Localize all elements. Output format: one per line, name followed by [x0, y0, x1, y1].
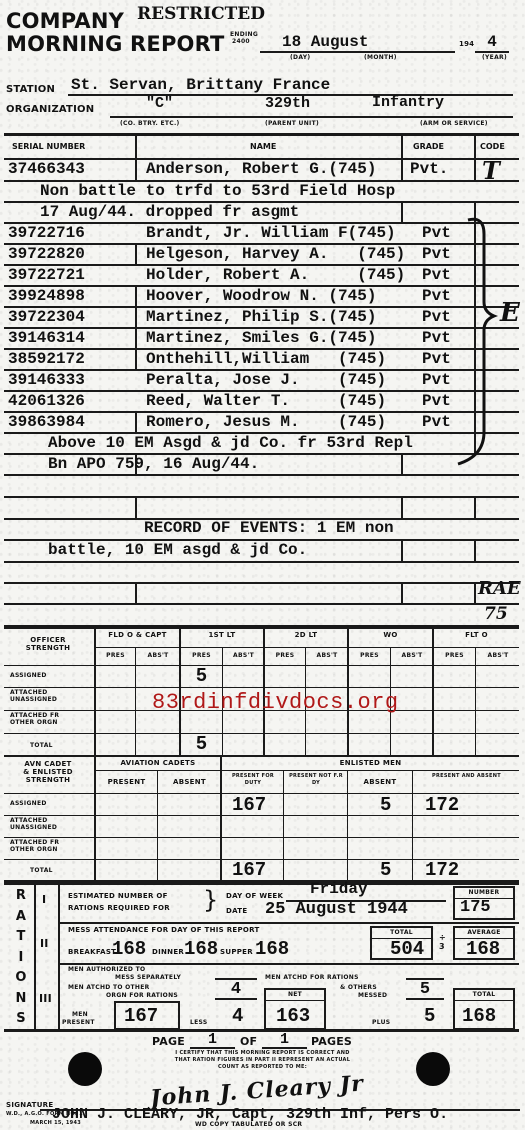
- morning-report-document: COMPANY MORNING REPORT RESTRICTED ENDING…: [0, 0, 525, 1130]
- total2-value: 168: [462, 1005, 496, 1027]
- row-label-attached-unassigned: ATTACHED UNASSIGNED: [10, 817, 80, 831]
- col-present-and-absent: PRESENT AND ABSENT: [414, 773, 519, 780]
- date-label: DATE: [226, 907, 247, 915]
- soldier-name: Peralta, Jose J. (745): [146, 371, 386, 389]
- atchd-rations-field: [406, 972, 444, 980]
- dinner-count: 168: [184, 938, 218, 960]
- enlisted-men-header: ENLISTED MEN: [222, 759, 519, 767]
- arm-caption: (ARM OR SERVICE): [420, 120, 488, 127]
- restricted-stamp: RESTRICTED: [137, 4, 265, 24]
- mess-total-label: TOTAL: [372, 929, 431, 936]
- handwritten-bracket-icon: [440, 212, 525, 472]
- atchd-other-value: 4: [215, 981, 257, 1000]
- parent-caption: (PARENT UNIT): [265, 120, 319, 127]
- roster-remark: Above 10 EM Asgd & jd Co. fr 53rd Repl: [48, 434, 413, 452]
- subcol-abst: ABS'T: [137, 652, 179, 659]
- net-value: 163: [276, 1005, 310, 1027]
- row-label-assigned: ASSIGNED: [10, 800, 47, 807]
- men-present-value: 167: [124, 1005, 158, 1027]
- brace: }: [203, 886, 218, 914]
- row-label-attached-other: ATTACHED FR OTHER ORGN: [10, 839, 80, 853]
- subcol-abst: ABS'T: [477, 652, 519, 659]
- officer-assigned-1st-lt-pres: 5: [181, 665, 222, 687]
- net-label: NET: [266, 991, 324, 998]
- average-count: 168: [466, 938, 500, 960]
- record-of-events-line1: RECORD OF EVENTS: 1 EM non: [144, 519, 394, 537]
- soldier-name: Helgeson, Harvey A. (745): [146, 245, 405, 263]
- col-code: CODE: [480, 142, 505, 151]
- officer-group: FLT O: [434, 631, 519, 639]
- atchd-rations-label: MEN ATCHD FOR RATIONS: [265, 974, 359, 981]
- others-messed-label: & OTHERS: [340, 984, 377, 991]
- mess-attendance-label: MESS ATTENDANCE FOR DAY OF THIS REPORT: [68, 926, 260, 934]
- soldier-name: Romero, Jesus M. (745): [146, 413, 386, 431]
- month-caption: (MONTH): [364, 54, 397, 61]
- signature-label: SIGNATURE: [6, 1101, 53, 1109]
- day-of-week-field: Friday: [286, 880, 446, 902]
- officer-group: FLD O & CAPT: [96, 631, 179, 639]
- others-messed-label-2: MESSED: [358, 992, 387, 999]
- men-present-label: MEN: [72, 1011, 88, 1018]
- serial-number: 39863984: [8, 413, 85, 431]
- serial-number: 39924898: [8, 287, 85, 305]
- subcol-pres: PRES: [96, 652, 135, 659]
- page-count: 1: [262, 1033, 307, 1049]
- col-present-for-duty: PRESENT FOR DUTY: [224, 773, 282, 787]
- roster-remark: Non battle to trfd to 53rd Field Hosp: [40, 182, 395, 200]
- officer-group: 2D LT: [265, 631, 347, 639]
- page-number: 1: [190, 1033, 235, 1049]
- soldier-name: Hoover, Woodrow N. (745): [146, 287, 376, 305]
- officer-strength-label: OFFICER STRENGTH: [4, 636, 92, 652]
- record-of-events-line2: battle, 10 EM asgd & jd Co.: [48, 541, 307, 559]
- serial-number: 37466343: [8, 160, 85, 178]
- serial-number: 38592172: [8, 350, 85, 368]
- website-watermark: 83rdinfdivdocs.org: [152, 690, 399, 715]
- total-present-for-duty: 167: [232, 859, 266, 881]
- initials-annotation-2: 75: [484, 604, 508, 624]
- less-label: LESS: [190, 1019, 208, 1026]
- subcol-abst: ABS'T: [392, 652, 432, 659]
- col-grade: GRADE: [413, 142, 444, 151]
- pages-label: PAGES: [311, 1035, 352, 1048]
- officer-total-1st-lt-pres: 5: [181, 733, 222, 755]
- ending-label: ENDING: [230, 31, 258, 38]
- assigned-present-and-absent: 172: [425, 794, 459, 816]
- total-present-and-absent: 172: [425, 859, 459, 881]
- subcol-abst: ABS'T: [224, 652, 263, 659]
- col-serial-number: SERIAL NUMBER: [12, 142, 85, 151]
- soldier-name: Anderson, Robert G.(745): [146, 160, 376, 178]
- day-of-week-label: DAY OF WEEK: [226, 892, 283, 900]
- soldier-grade: Pvt.: [410, 160, 448, 178]
- assigned-absent: 5: [380, 794, 391, 816]
- assigned-present-for-duty: 167: [232, 794, 266, 816]
- copy-note: WD COPY TABULATED OR SCR: [195, 1121, 302, 1128]
- subcol-pres: PRES: [434, 652, 475, 659]
- aviation-cadets-header: AVIATION CADETS: [96, 759, 220, 767]
- row-label-assigned: ASSIGNED: [10, 672, 47, 679]
- officer-group: 1ST LT: [181, 631, 263, 639]
- form-title-line1: COMPANY: [6, 10, 124, 32]
- total2-label: TOTAL: [455, 991, 513, 998]
- col-absent: ABSENT: [349, 778, 411, 786]
- col-name: NAME: [250, 142, 276, 151]
- others-messed-value: 5: [406, 981, 444, 1000]
- average-label: AVERAGE: [455, 929, 513, 936]
- section-ii-label: II: [40, 937, 49, 950]
- serial-number: 39722721: [8, 266, 85, 284]
- roster-top-rule: [4, 133, 519, 136]
- ration-date-field: 25 August 1944: [265, 900, 408, 919]
- breakfast-count: 168: [112, 938, 146, 960]
- atchd-other-label: MEN ATCHD TO OTHER: [68, 984, 150, 991]
- parent-unit-field: 329th: [265, 95, 310, 112]
- certification-text: I CERTIFY THAT THIS MORNING REPORT IS CO…: [130, 1050, 395, 1071]
- row-label-attached-unassigned: ATTACHED UNASSIGNED: [10, 689, 80, 703]
- ending-time-label: 2400: [232, 38, 250, 45]
- section-i-label: I: [42, 893, 46, 906]
- row-label-attached-other: ATTACHED FR OTHER ORGN: [10, 712, 80, 726]
- bracket-code: E: [500, 298, 520, 328]
- subcol-pres: PRES: [181, 652, 222, 659]
- serial-number: 39722716: [8, 224, 85, 242]
- arm-field: Infantry: [372, 94, 444, 111]
- station-label: STATION: [6, 84, 55, 95]
- col-cadet-present: PRESENT: [96, 778, 157, 786]
- serial-number: 39146314: [8, 329, 85, 347]
- enlisted-strength-label: AVN CADET & ENLISTED STRENGTH: [4, 760, 92, 784]
- total-absent: 5: [380, 859, 391, 881]
- station-field: St. Servan, Brittany France: [68, 76, 513, 96]
- estimated-label: ESTIMATED NUMBER OF: [68, 892, 168, 900]
- serial-number: 42061326: [8, 392, 85, 410]
- serial-number: 39722304: [8, 308, 85, 326]
- plus-value: 5: [424, 1005, 435, 1027]
- divide-by-three: ÷ 3: [439, 933, 449, 951]
- row-label-total: TOTAL: [30, 867, 53, 874]
- less-value: 4: [232, 1005, 243, 1027]
- punch-hole-left: [68, 1052, 102, 1086]
- soldier-name: Onthehill,William (745): [146, 350, 386, 368]
- co-caption: (CO. BTRY. ETC.): [120, 120, 180, 127]
- estimated-label-2: RATIONS REQUIRED FOR: [68, 904, 170, 912]
- initials-annotation: RAE: [478, 578, 521, 599]
- report-date-field: 18 August: [260, 33, 455, 53]
- supper-count: 168: [255, 938, 289, 960]
- company-field: "C": [146, 95, 173, 112]
- serial-number: 39146333: [8, 371, 85, 389]
- col-cadet-absent: ABSENT: [159, 778, 220, 786]
- soldier-name: Reed, Walter T. (745): [146, 392, 386, 410]
- atchd-other-label-2: ORGN FOR RATIONS: [106, 992, 178, 999]
- soldier-name: Brandt, Jr. William F(745): [146, 224, 396, 242]
- auth-separately-label: MEN AUTHORIZED TO: [68, 966, 145, 973]
- subcol-pres: PRES: [265, 652, 305, 659]
- soldier-name: Martinez, Smiles G.(745): [146, 329, 376, 347]
- dinner-label: DINNER: [152, 948, 184, 956]
- serial-number: 39722820: [8, 245, 85, 263]
- day-caption: (DAY): [290, 54, 310, 61]
- supper-label: SUPPER: [220, 948, 253, 956]
- form-title-line2: MORNING REPORT: [6, 33, 225, 55]
- plus-label: PLUS: [372, 1019, 390, 1026]
- form-date: MARCH 15, 1943: [30, 1120, 81, 1126]
- soldier-name: Martinez, Philip S.(745): [146, 308, 376, 326]
- handwritten-code: T: [482, 156, 500, 185]
- officer-group: WO: [349, 631, 432, 639]
- year-prefix: 194: [459, 40, 474, 48]
- ration-number: 175: [460, 898, 491, 917]
- mess-total: 504: [390, 938, 424, 960]
- breakfast-label: BREAKFAST: [68, 948, 116, 956]
- roster-remark: Bn APO 759, 16 Aug/44.: [48, 455, 259, 473]
- punch-hole-right: [416, 1052, 450, 1086]
- form-number: W.D., A.G.O. FORM NO. 1: [6, 1111, 83, 1117]
- of-label: OF: [240, 1035, 257, 1048]
- organization-label: ORGANIZATION: [6, 104, 94, 115]
- row-label-total: TOTAL: [30, 742, 53, 749]
- subcol-pres: PRES: [349, 652, 390, 659]
- section-iii-label: III: [39, 992, 52, 1005]
- subcol-abst: ABS'T: [307, 652, 347, 659]
- men-present-label-2: PRESENT: [62, 1019, 95, 1026]
- soldier-name: Holder, Robert A. (745): [146, 266, 405, 284]
- year-caption: (YEAR): [482, 54, 507, 61]
- report-year-field: 4: [475, 33, 509, 53]
- auth-separately-label-2: MESS SEPARATELY: [115, 974, 181, 981]
- page-label: PAGE: [152, 1035, 185, 1048]
- roster-remark: 17 Aug/44. dropped fr asgmt: [40, 203, 299, 221]
- number-label: NUMBER: [455, 889, 513, 896]
- rations-side-label: R A T I O N S: [14, 886, 28, 1030]
- col-present-not-for-duty: PRESENT NOT F.R DY: [286, 773, 346, 787]
- auth-separately-field: [215, 972, 257, 980]
